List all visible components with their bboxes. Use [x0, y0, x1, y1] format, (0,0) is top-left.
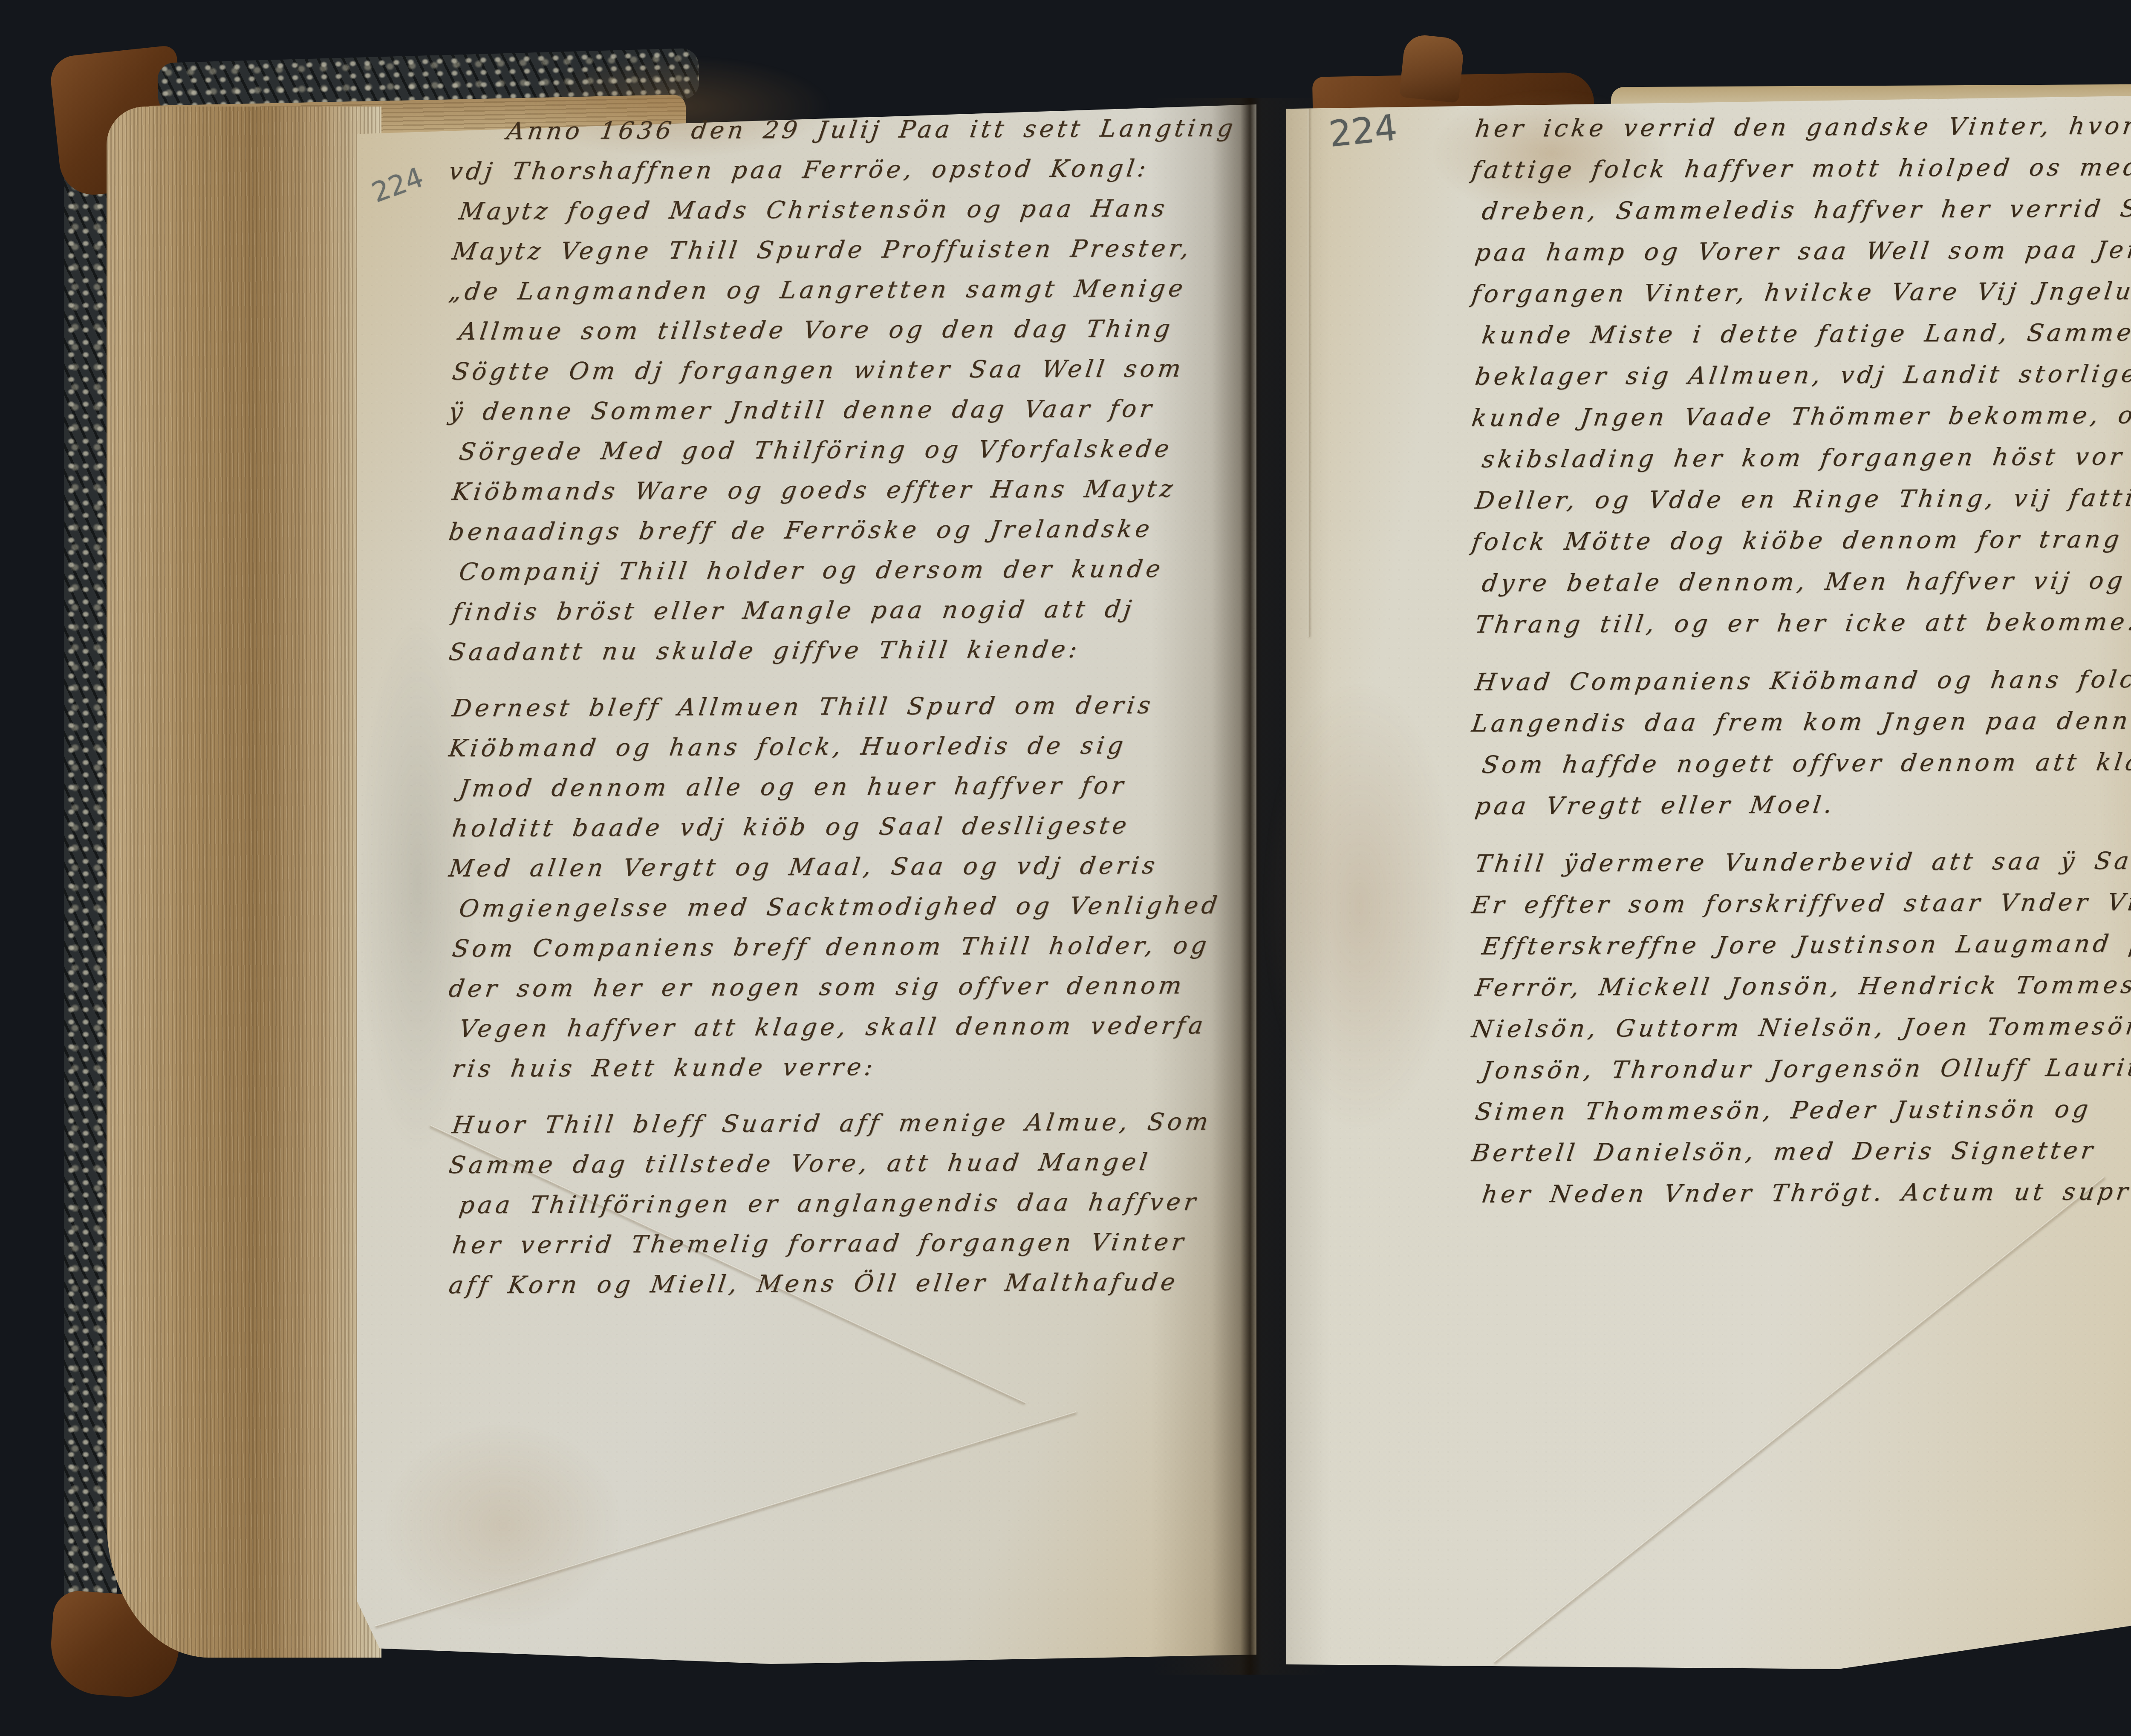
manuscript-line: her icke verrid den gandske Vinter, hvor…	[1473, 105, 2131, 150]
manuscript-line: skibslading her kom forgangen höst vor v…	[1479, 435, 2131, 480]
manuscript-line: fattige folck haffver mott hiolped os me…	[1469, 146, 2131, 191]
manuscript-line: beklager sig Allmuen, vdj Landit storlig…	[1473, 353, 2131, 398]
manuscript-line: Kiöbmand og hans folck, Huorledis de sig	[446, 725, 1257, 769]
stain	[1262, 682, 1458, 1129]
manuscript-line: kunde Miste i dette fatige Land, Sammele…	[1479, 311, 2131, 356]
manuscript-line: paa hamp og Vorer saa Well som paa Jern …	[1473, 229, 2131, 274]
manuscript-line: her verrid Themelig forraad forgangen Vi…	[450, 1222, 1257, 1266]
manuscript-line: ris huis Rett kunde verre:	[450, 1046, 1257, 1089]
manuscript-line: ÿ denne Sommer Jndtill denne dag Vaar fo…	[446, 389, 1257, 432]
manuscript-line: Anno 1636 den 29 Julij Paa itt sett Lang…	[504, 108, 1257, 152]
manuscript-line: Kiöbmands Ware og goeds effter Hans Mayt…	[450, 469, 1257, 512]
paragraph: Huor Thill bleff Suarid aff menige Almue…	[453, 1104, 1254, 1304]
paragraph: Dernest bleff Allmuen Thill Spurd om der…	[453, 687, 1254, 1087]
manuscript-line: Bertell Danielsön, med Deris Signetter	[1469, 1129, 2131, 1174]
manuscript-line: Vegen haffver att klage, skall dennom ve…	[456, 1006, 1257, 1049]
paragraph: her icke verrid den gandske Vinter, hvor…	[1476, 107, 2131, 644]
page-block-left-fore-edge	[107, 107, 381, 1658]
folio-number-pencil-right: 224	[1327, 107, 1399, 155]
manuscript-line: Thill ÿdermere Vunderbevid att saa ÿ San…	[1473, 840, 2131, 885]
manuscript-line: Maytz foged Mads Christensön og paa Hans	[456, 188, 1257, 232]
manuscript-line: Som Companiens breff dennom Thill holder…	[450, 926, 1257, 969]
manuscript-line: paa Thillföringen er anglangendis daa ha…	[456, 1182, 1257, 1226]
manuscript-line: paa Vregtt eller Moel.	[1473, 782, 2131, 827]
manuscript-line: folck Mötte dog kiöbe dennom for trang s…	[1469, 518, 2131, 563]
manuscript-line: vdj Thorshaffnen paa Ferröe, opstod Kong…	[446, 148, 1257, 192]
manuscript-line: Langendis daa frem kom Jngen paa denne t…	[1469, 700, 2131, 744]
manuscript-line: kunde Jngen Vaade Thömmer bekomme, og de…	[1469, 394, 2131, 439]
manuscript-line: Med allen Vergtt og Maal, Saa og vdj der…	[446, 845, 1257, 889]
manuscript-line: Omgiengelsse med Sacktmodighed og Venlig…	[456, 885, 1257, 929]
right-page-text: her icke verrid den gandske Vinter, hvor…	[1476, 107, 2131, 1230]
manuscript-line: Effterskreffne Jore Justinson Laugmand p…	[1479, 923, 2131, 967]
manuscript-line: „de Langmanden og Langretten samgt Menig…	[446, 268, 1257, 312]
manuscript-line: Som haffde nogett offver dennom att klag…	[1479, 741, 2131, 786]
manuscript-line: der som her er nogen som sig offver denn…	[446, 966, 1257, 1009]
manuscript-line: findis bröst eller Mangle paa nogid att …	[450, 589, 1257, 632]
manuscript-line: holditt baade vdj kiöb og Saal deslliges…	[450, 805, 1257, 849]
manuscript-line: Deller, og Vdde en Ringe Thing, vij fatt…	[1473, 477, 2131, 522]
manuscript-line: Nielsön, Guttorm Nielsön, Joen Tommesön …	[1469, 1005, 2131, 1050]
manuscript-line: Hvad Companiens Kiöbmand og hans folck e…	[1473, 658, 2131, 703]
manuscript-line: Jonsön, Throndur Jorgensön Olluff Laurit…	[1479, 1047, 2131, 1091]
manuscript-line: Huor Thill bleff Suarid aff menige Almue…	[450, 1102, 1257, 1145]
manuscript-line: Allmue som tillstede Vore og den dag Thi…	[456, 309, 1257, 352]
manuscript-line: Ferrör, Mickell Jonsön, Hendrick Tommesö…	[1473, 964, 2131, 1009]
left-page-text: Anno 1636 den 29 Julij Paa itt sett Lang…	[453, 110, 1254, 1320]
spine-tab	[1399, 33, 1465, 103]
manuscript-line: forgangen Vinter, hvilcke Vare Vij Jngel…	[1469, 270, 2131, 315]
manuscript-line: Sörgede Med god Thilföring og Vforfalske…	[456, 429, 1257, 472]
paragraph: Hvad Companiens Kiöbmand og hans folck e…	[1476, 660, 2131, 825]
manuscript-line: Samme dag tillstede Vore, att huad Mange…	[446, 1142, 1257, 1185]
manuscript-line: Companij Thill holder og dersom der kund…	[456, 549, 1257, 592]
paragraph: Anno 1636 den 29 Julij Paa itt sett Lang…	[453, 110, 1254, 671]
manuscript-line: Jmod dennom alle og en huer haffver for	[456, 765, 1257, 809]
manuscript-line: Dernest bleff Allmuen Thill Spurd om der…	[450, 685, 1257, 729]
manuscript-line: Maytz Vegne Thill Spurde Proffuisten Pre…	[450, 228, 1257, 272]
manuscript-line: benaadings breff de Ferröske og Jrelands…	[446, 509, 1257, 552]
crease	[1308, 109, 1310, 637]
manuscript-line: Thrang till, og er her icke att bekomme:	[1473, 601, 2131, 646]
manuscript-line: Er effter som forskriffved staar Vnder V…	[1469, 881, 2131, 926]
manuscript-line: Sögtte Om dj forgangen winter Saa Well s…	[450, 349, 1257, 392]
manuscript-line: dyre betale dennom, Men haffver vij og s…	[1479, 559, 2131, 604]
manuscript-line: her Neden Vnder Thrögt. Actum ut supra.	[1479, 1171, 2131, 1215]
manuscript-line: Saadantt nu skulde giffve Thill kiende:	[446, 629, 1257, 672]
manuscript-line: dreben, Sammeledis haffver her verrid St…	[1479, 187, 2131, 232]
paragraph: Thill ÿdermere Vunderbevid att saa ÿ San…	[1476, 842, 2131, 1214]
photo-of-open-manuscript-book: Anno 1636 den 29 Julij Paa itt sett Lang…	[0, 0, 2131, 1736]
manuscript-line: Simen Thommesön, Peder Justinsön og	[1473, 1088, 2131, 1133]
stain	[384, 1423, 622, 1628]
manuscript-line: aff Korn og Miell, Mens Öll eller Maltha…	[446, 1262, 1257, 1306]
